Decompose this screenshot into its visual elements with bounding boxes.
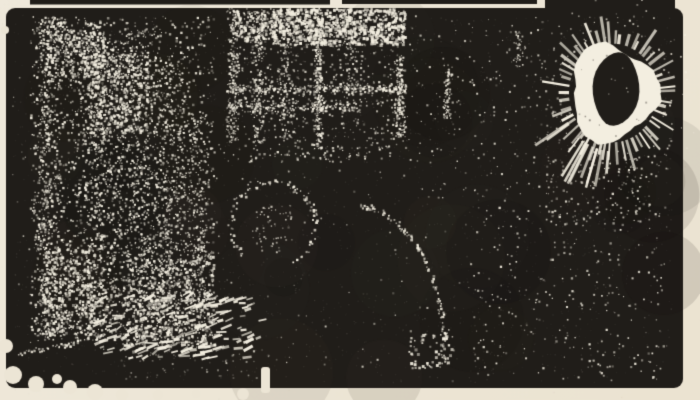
scanned-print-page: [0, 0, 700, 400]
engraving-image: [0, 0, 700, 400]
